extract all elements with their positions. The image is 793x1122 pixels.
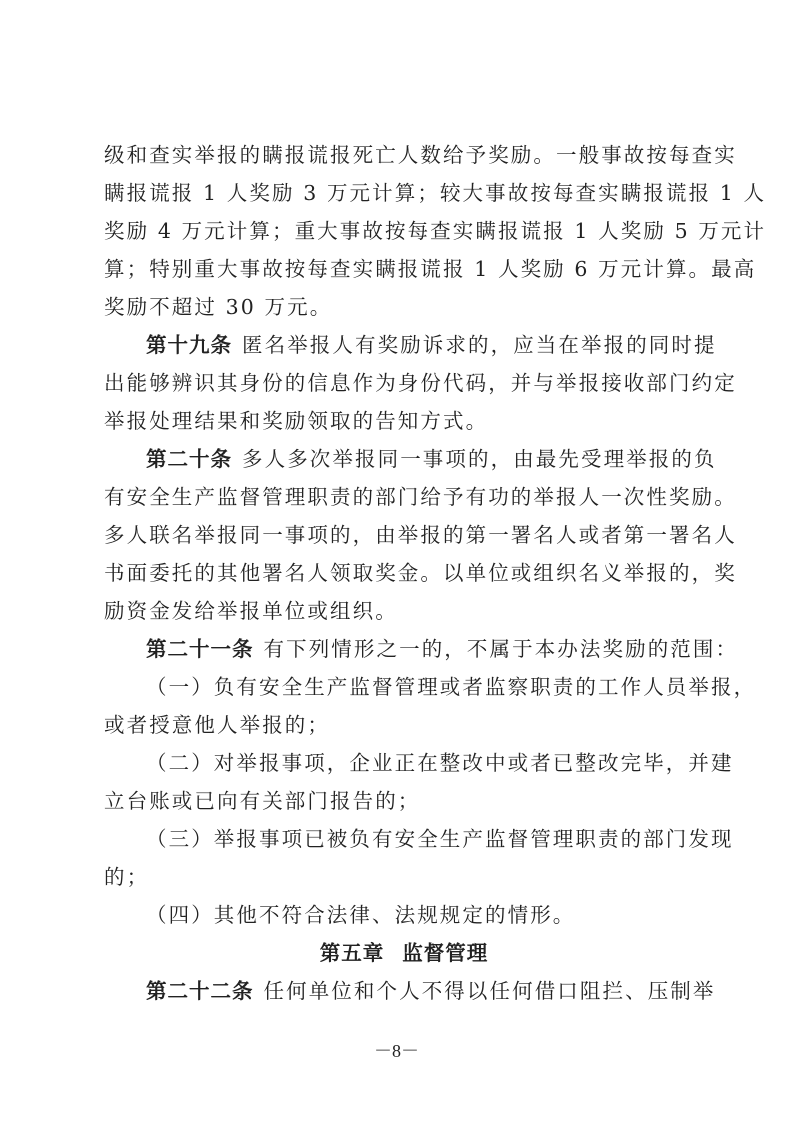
text-line: 奖励不超过 30 万元。 — [104, 288, 704, 326]
list-item: （三）举报事项已被负有安全生产监督管理职责的部门发现 — [104, 820, 704, 858]
list-item: （一）负有安全生产监督管理或者监察职责的工作人员举报， — [104, 668, 704, 706]
text-line: 有下列情形之一的，不属于本办法奖励的范围： — [264, 637, 739, 661]
list-item: （二）对举报事项，企业正在整改中或者已整改完毕，并建 — [104, 744, 704, 782]
article-heading: 第二十一条 — [146, 637, 254, 661]
text-line: 级和查实举报的瞒报谎报死亡人数给予奖励。一般事故按每查实 — [104, 136, 704, 174]
article-19: 第十九条匿名举报人有奖励诉求的，应当在举报的同时提 — [104, 326, 704, 364]
text-line: 瞒报谎报 1 人奖励 3 万元计算；较大事故按每查实瞒报谎报 1 人 — [104, 174, 704, 212]
article-heading: 第十九条 — [146, 333, 232, 357]
article-22: 第二十二条任何单位和个人不得以任何借口阻拦、压制举 — [104, 972, 704, 1010]
text-line: 出能够辨识其身份的信息作为身份代码，并与举报接收部门约定 — [104, 364, 704, 402]
chapter-number: 第五章 — [320, 941, 385, 965]
document-page: 级和查实举报的瞒报谎报死亡人数给予奖励。一般事故按每查实 瞒报谎报 1 人奖励 … — [104, 136, 704, 1010]
text-line: 匿名举报人有奖励诉求的，应当在举报的同时提 — [242, 333, 717, 357]
text-line: 多人联名举报同一事项的，由举报的第一署名人或者第一署名人 — [104, 516, 704, 554]
text-line: 多人多次举报同一事项的，由最先受理举报的负 — [242, 447, 717, 471]
chapter-title: 第五章监督管理 — [104, 934, 704, 972]
page-number: －8－ — [0, 1037, 793, 1063]
article-21: 第二十一条有下列情形之一的，不属于本办法奖励的范围： — [104, 630, 704, 668]
text-line: 算；特别重大事故按每查实瞒报谎报 1 人奖励 6 万元计算。最高 — [104, 250, 704, 288]
article-20: 第二十条多人多次举报同一事项的，由最先受理举报的负 — [104, 440, 704, 478]
list-item: （四）其他不符合法律、法规规定的情形。 — [104, 896, 704, 934]
text-line: 任何单位和个人不得以任何借口阻拦、压制举 — [264, 979, 716, 1003]
chapter-name: 监督管理 — [402, 941, 488, 965]
text-line: 或者授意他人举报的； — [104, 706, 704, 744]
text-line: 奖励 4 万元计算；重大事故按每查实瞒报谎报 1 人奖励 5 万元计 — [104, 212, 704, 250]
article-heading: 第二十二条 — [146, 979, 254, 1003]
text-line: 书面委托的其他署名人领取奖金。以单位或组织名义举报的，奖 — [104, 554, 704, 592]
text-line: 励资金发给举报单位或组织。 — [104, 592, 704, 630]
text-line: 立台账或已向有关部门报告的； — [104, 782, 704, 820]
text-line: 有安全生产监督管理职责的部门给予有功的举报人一次性奖励。 — [104, 478, 704, 516]
text-line: 举报处理结果和奖励领取的告知方式。 — [104, 402, 704, 440]
text-line: 的； — [104, 858, 704, 896]
article-heading: 第二十条 — [146, 447, 232, 471]
